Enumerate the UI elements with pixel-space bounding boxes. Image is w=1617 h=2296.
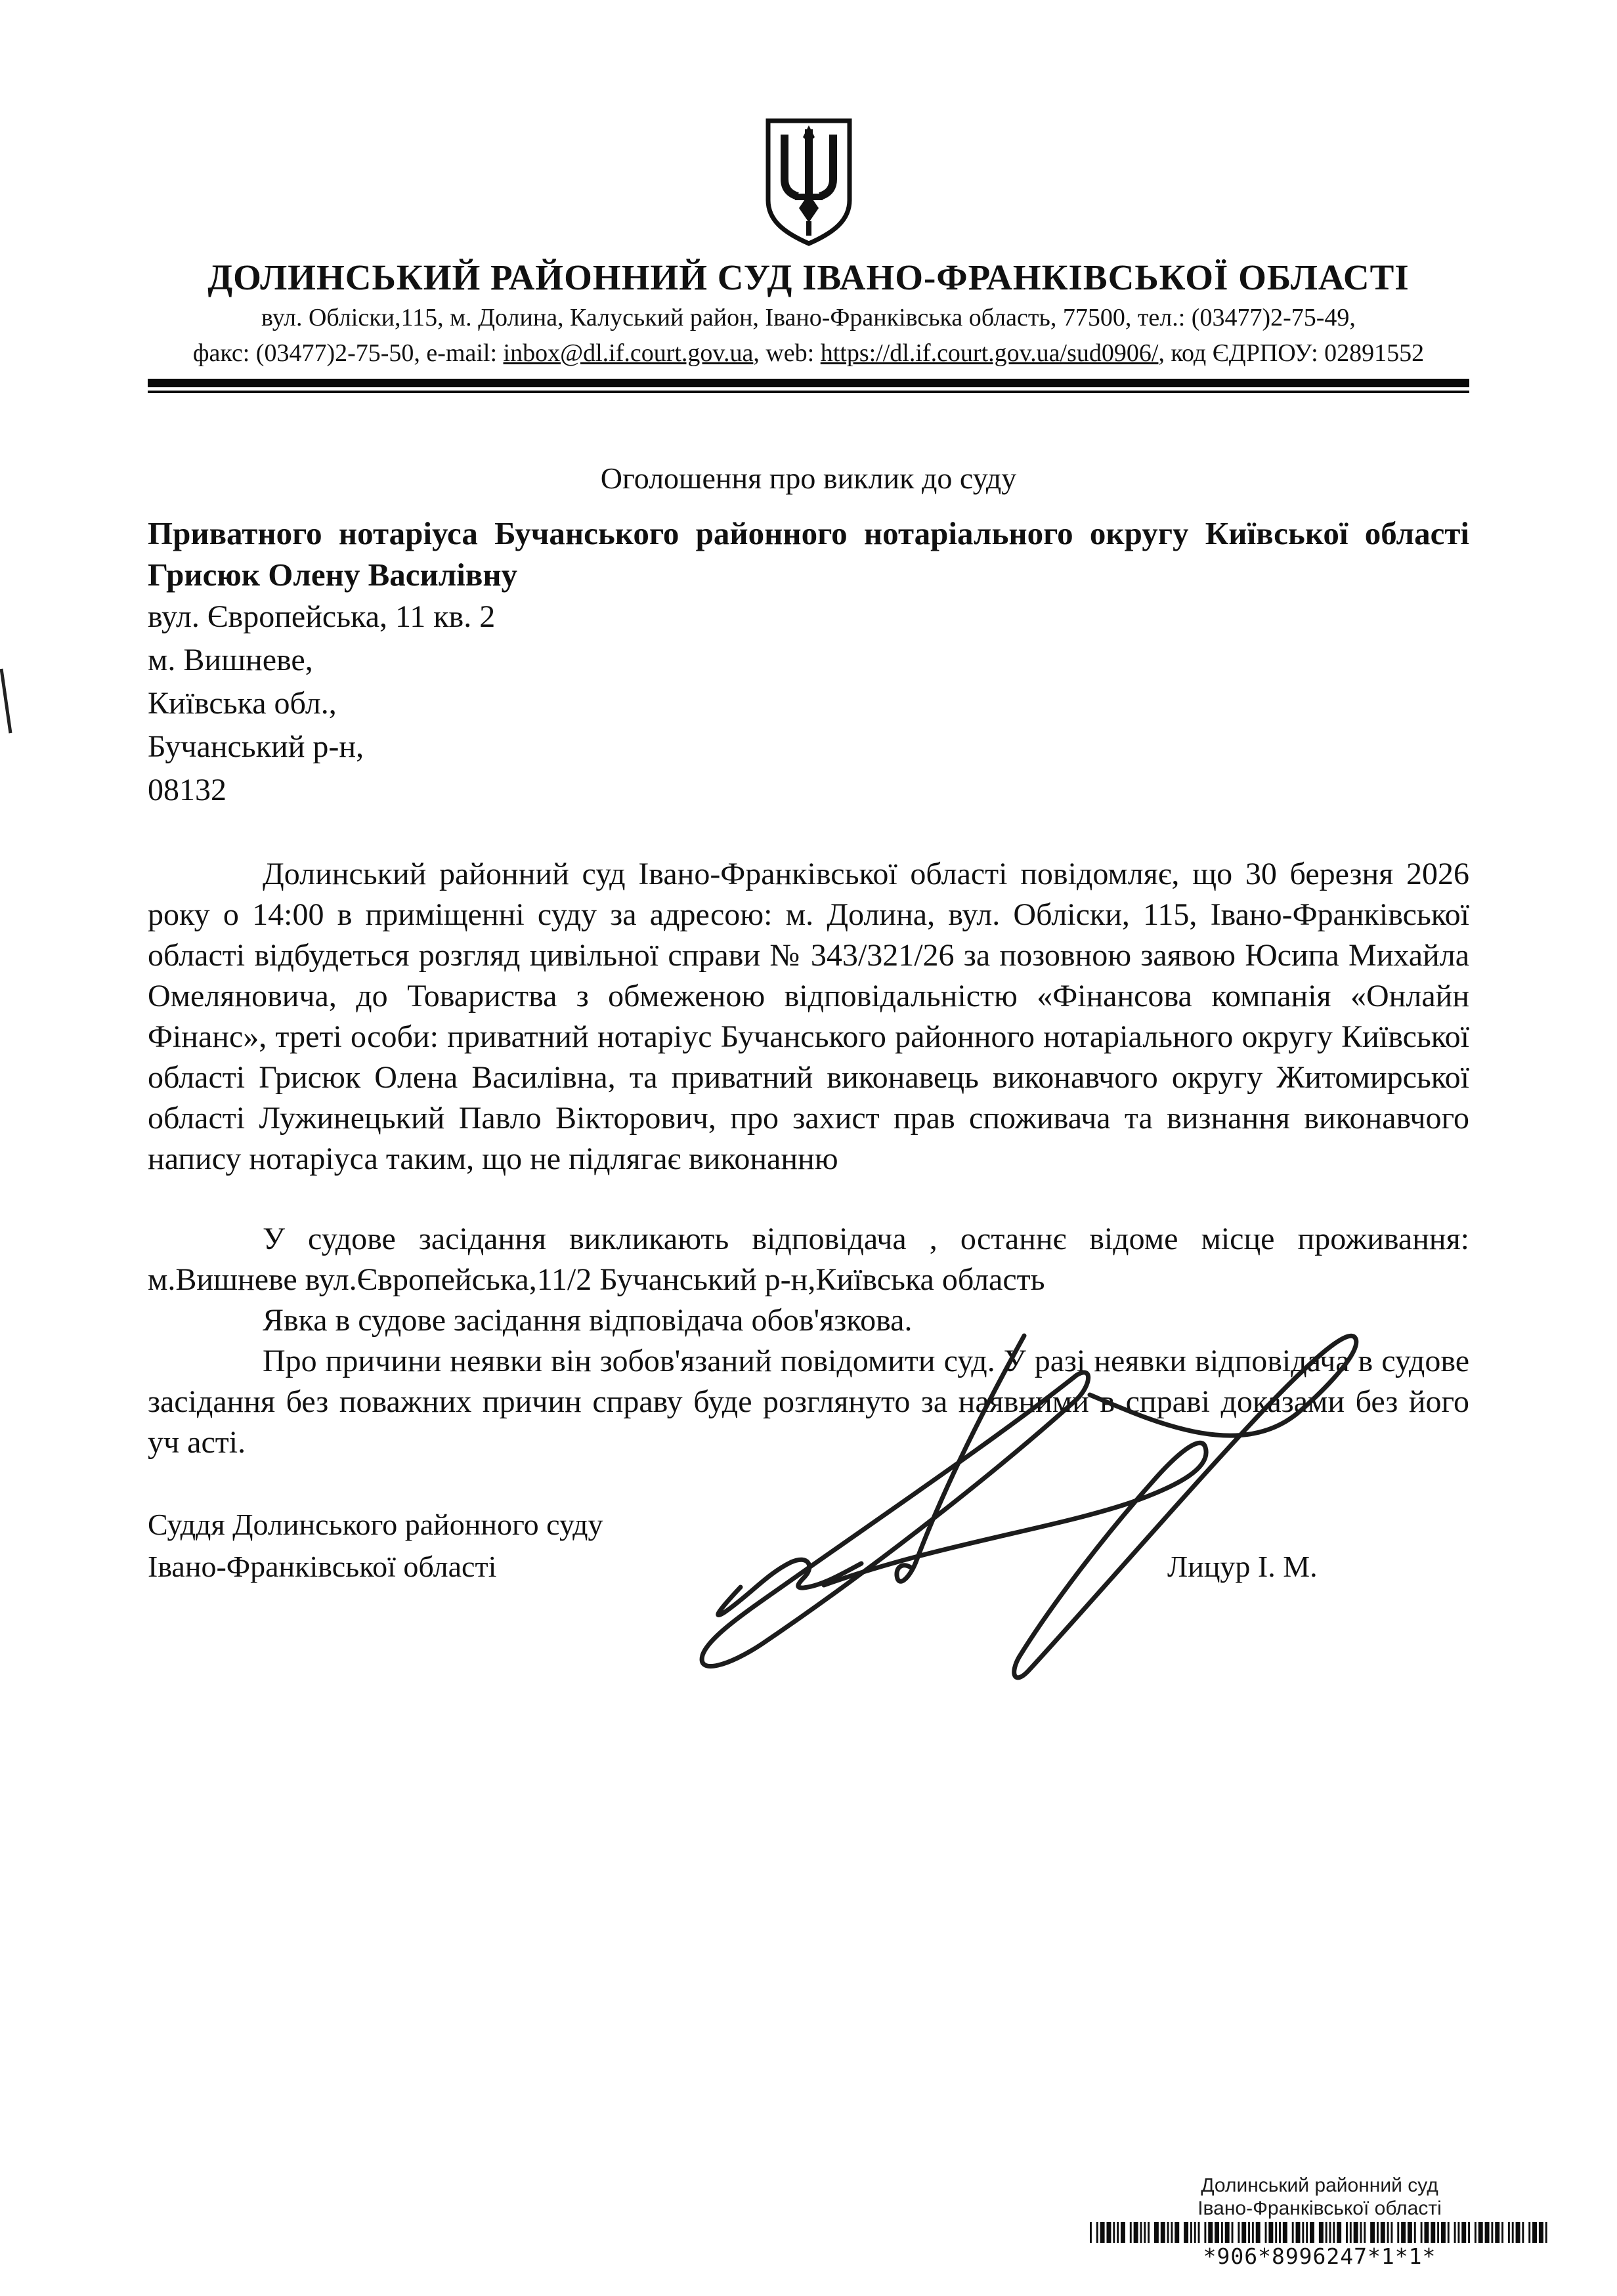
judge-name: Лицур І. М.	[1167, 1546, 1318, 1588]
judge-role-line1: Суддя Долинського районного суду	[148, 1504, 1469, 1546]
court-name-heading: ДОЛИНСЬКИЙ РАЙОННИЙ СУД ІВАНО-ФРАНКІВСЬК…	[148, 259, 1469, 297]
court-contact-line: факс: (03477)2-75-50, e-mail: inbox@dl.i…	[148, 340, 1469, 368]
addressee-postcode: 08132	[148, 769, 1469, 812]
email-link[interactable]: inbox@dl.if.court.gov.ua	[504, 339, 754, 367]
addressee-street: вул. Європейська, 11 кв. 2	[148, 595, 1469, 639]
barcode	[1090, 2222, 1549, 2243]
header-rule-thin	[148, 391, 1469, 393]
header-rule-thick	[148, 379, 1469, 387]
document-content: ДОЛИНСЬКИЙ РАЙОННИЙ СУД ІВАНО-ФРАНКІВСЬК…	[148, 0, 1469, 1648]
paragraph-summons: У судове засідання викликають відповідач…	[148, 1219, 1469, 1300]
scan-edge-artifact	[0, 666, 14, 738]
paragraph-hearing-notice: Долинський районний суд Івано-Франківськ…	[148, 854, 1469, 1180]
addressee-district: Бучанський р-н,	[148, 725, 1469, 769]
paragraph-attendance: Явка в судове засідання відповідача обов…	[148, 1300, 1469, 1341]
footer-court-line1: Долинський районний суд	[1077, 2174, 1563, 2197]
footer-stamp: Долинський районний суд Івано-Франківськ…	[1077, 2174, 1563, 2269]
fax-label: факс: (03477)2-75-50, e-mail:	[193, 339, 504, 367]
document-title: Оголошення про виклик до суду	[148, 460, 1469, 496]
addressee-region: Київська обл.,	[148, 682, 1469, 725]
website-link[interactable]: https://dl.if.court.gov.ua/sud0906/	[821, 339, 1159, 367]
web-label: , web:	[753, 339, 820, 367]
paragraph-absence: Про причини неявки він зобов'язаний пові…	[148, 1341, 1469, 1463]
barcode-number: *906*8996247*1*1*	[1077, 2243, 1563, 2269]
signature-block: Суддя Долинського районного суду Івано-Ф…	[148, 1504, 1469, 1648]
ukraine-trident-icon	[762, 116, 855, 248]
footer-court-line2: Івано-Франківської області	[1077, 2197, 1563, 2220]
court-summons-document: ДОЛИНСЬКИЙ РАЙОННИЙ СУД ІВАНО-ФРАНКІВСЬК…	[0, 0, 1617, 2296]
addressee-name-heading: Приватного нотаріуса Бучанського районно…	[148, 513, 1469, 595]
court-address-line: вул. Обліски,115, м. Долина, Калуський р…	[148, 305, 1469, 332]
edrpou-code: , код ЄДРПОУ: 02891552	[1158, 339, 1424, 367]
addressee-city: м. Вишневе,	[148, 639, 1469, 682]
